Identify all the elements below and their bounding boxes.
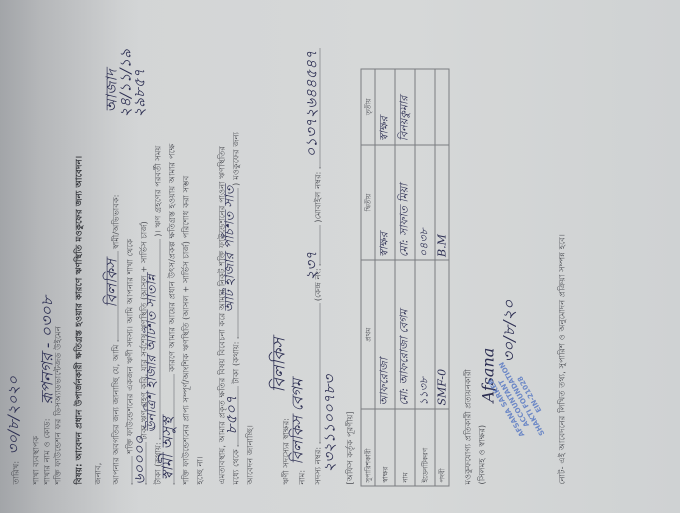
subject-line: বিষয়: আবেদন প্রধান উপার্জনকারী ক্ষতিগ্র… [73, 156, 87, 485]
approval-label: মওকুফযোগ্য প্রতিকারী প্রত্যয়নকারী [463, 369, 476, 484]
text: টাকা (কথায়: [232, 341, 241, 383]
waiver-words-value: আট হাজার পাঁচশত সাত [221, 186, 242, 313]
date-label: তারিখ: [12, 461, 21, 485]
row-label: ইডেনটিকরণ [415, 409, 435, 486]
reason-value: স্বামী অসুস্থ [157, 417, 182, 481]
mobile-label: )মোবাইল নম্বর: [314, 171, 323, 222]
application-form-page: তারিখ: ৩০/৮/২০২০ শাখা ব্যবস্থাপক শাখার ন… [1, 0, 680, 513]
balance-words-value: ঊনত্রিশ হাজার আটশত সাতান্ন [143, 274, 164, 432]
designation-cell [435, 69, 449, 145]
subject-label: বিষয়: [75, 463, 85, 484]
name-cell: মো: আফরোজা বেগম [395, 260, 415, 409]
subject-text: আবেদন প্রধান উপার্জনকারী ক্ষতিগ্রস্ত হওয… [75, 156, 85, 460]
text: ) মওকুফের জন্য [232, 132, 241, 186]
group-no-value: ২৩৭ [301, 251, 326, 280]
col-header: তৃতীয় [361, 69, 375, 145]
table-header: সুপারিশকারী [361, 409, 375, 486]
mobile-value: ০১৩৭২৬৪৪৫৪৭ [301, 50, 326, 157]
text: শক্তি ফাউন্ডেশনের একজন ঋণী সদস্য। আমি আপ… [126, 239, 135, 454]
text: )। ঋণ গ্রহণের পরবর্তী সময় [154, 146, 163, 237]
id-cell [415, 69, 435, 145]
text: কারণে আমার আয়ের প্রধান উৎস/প্রকল্প ক্ষত… [168, 144, 177, 372]
row-label: স্বাক্ষর [375, 409, 395, 486]
member-no-value: ২৩২১১০০৭৮৩ [319, 375, 344, 472]
body-line-6: শক্তি ফাউন্ডেশনের প্রাপ্য সম্পূর্ণ/আংশিক… [181, 176, 194, 485]
signature-cell: আফরোজা [375, 260, 395, 409]
date-value: ৩০/৮/২০২০ [3, 376, 28, 454]
applicant-name-label: নাম: [297, 470, 310, 485]
footnote: নোট- এই আবেদনের লিখিত তথ্য, সুপারিশ ও অন… [557, 234, 570, 485]
body-line-7: হচ্ছে না। [195, 456, 208, 485]
office-fill-note: [অফিস কর্তৃক পূরণীয়] [345, 411, 358, 484]
designation-cell: B.M [435, 145, 449, 261]
row-label: নাম [395, 409, 415, 486]
col-header: দ্বিতীয় [361, 145, 375, 261]
borrower-name-value: বিলকিস [101, 259, 126, 308]
text: আপনার অবগতির জন্য জানাচ্ছি যে, আমি [112, 344, 121, 484]
approval-date: ৩০/৮/২০ [497, 300, 524, 363]
recommendation-table: সুপারিশকারী প্রথম দ্বিতীয় তৃতীয় স্বাক্… [361, 69, 450, 487]
col-header: প্রথম [361, 260, 375, 409]
waiver-amount-value: ৮৫০৭ [221, 396, 246, 435]
name-cell: বিনয়কুমার [395, 69, 415, 145]
row-label: পদবী [435, 409, 449, 486]
loan-amount-value: ৬০০০০ [129, 436, 154, 485]
id-cell: ০৪৩৮ [415, 145, 435, 261]
text: মধ্যে থেকে [232, 449, 241, 484]
name-cell: মো: সাফাত মিয়া [395, 145, 415, 261]
addressee-line3: শক্তি ফাউন্ডেশন ফর ডিসঅ্যাডভান্টেজড উইমে… [53, 326, 66, 484]
applicant-name-value: বিলকিস বেগম [287, 379, 312, 465]
id-cell: ১১৩৮ [415, 260, 435, 409]
signature-cell: স্বাক্ষর [375, 69, 395, 145]
text: স্বামী/অভিভাবক: [112, 194, 121, 249]
date-row: তারিখ: [11, 461, 24, 485]
balance-value: ২৯৮৫৭ [129, 69, 154, 118]
body-line-10: আবেদন জানাচ্ছি। [245, 425, 258, 485]
salutation: জনাব, [93, 462, 106, 484]
approval-sub-label: (সিলমহ ও স্বাক্ষর) [477, 425, 490, 485]
body-line-1: আপনার অবগতির জন্য জানাচ্ছি যে, আমি স্বাম… [111, 194, 124, 484]
signature-cell: স্বাক্ষর [375, 145, 395, 261]
designation-cell: SMF-0 [435, 260, 449, 409]
